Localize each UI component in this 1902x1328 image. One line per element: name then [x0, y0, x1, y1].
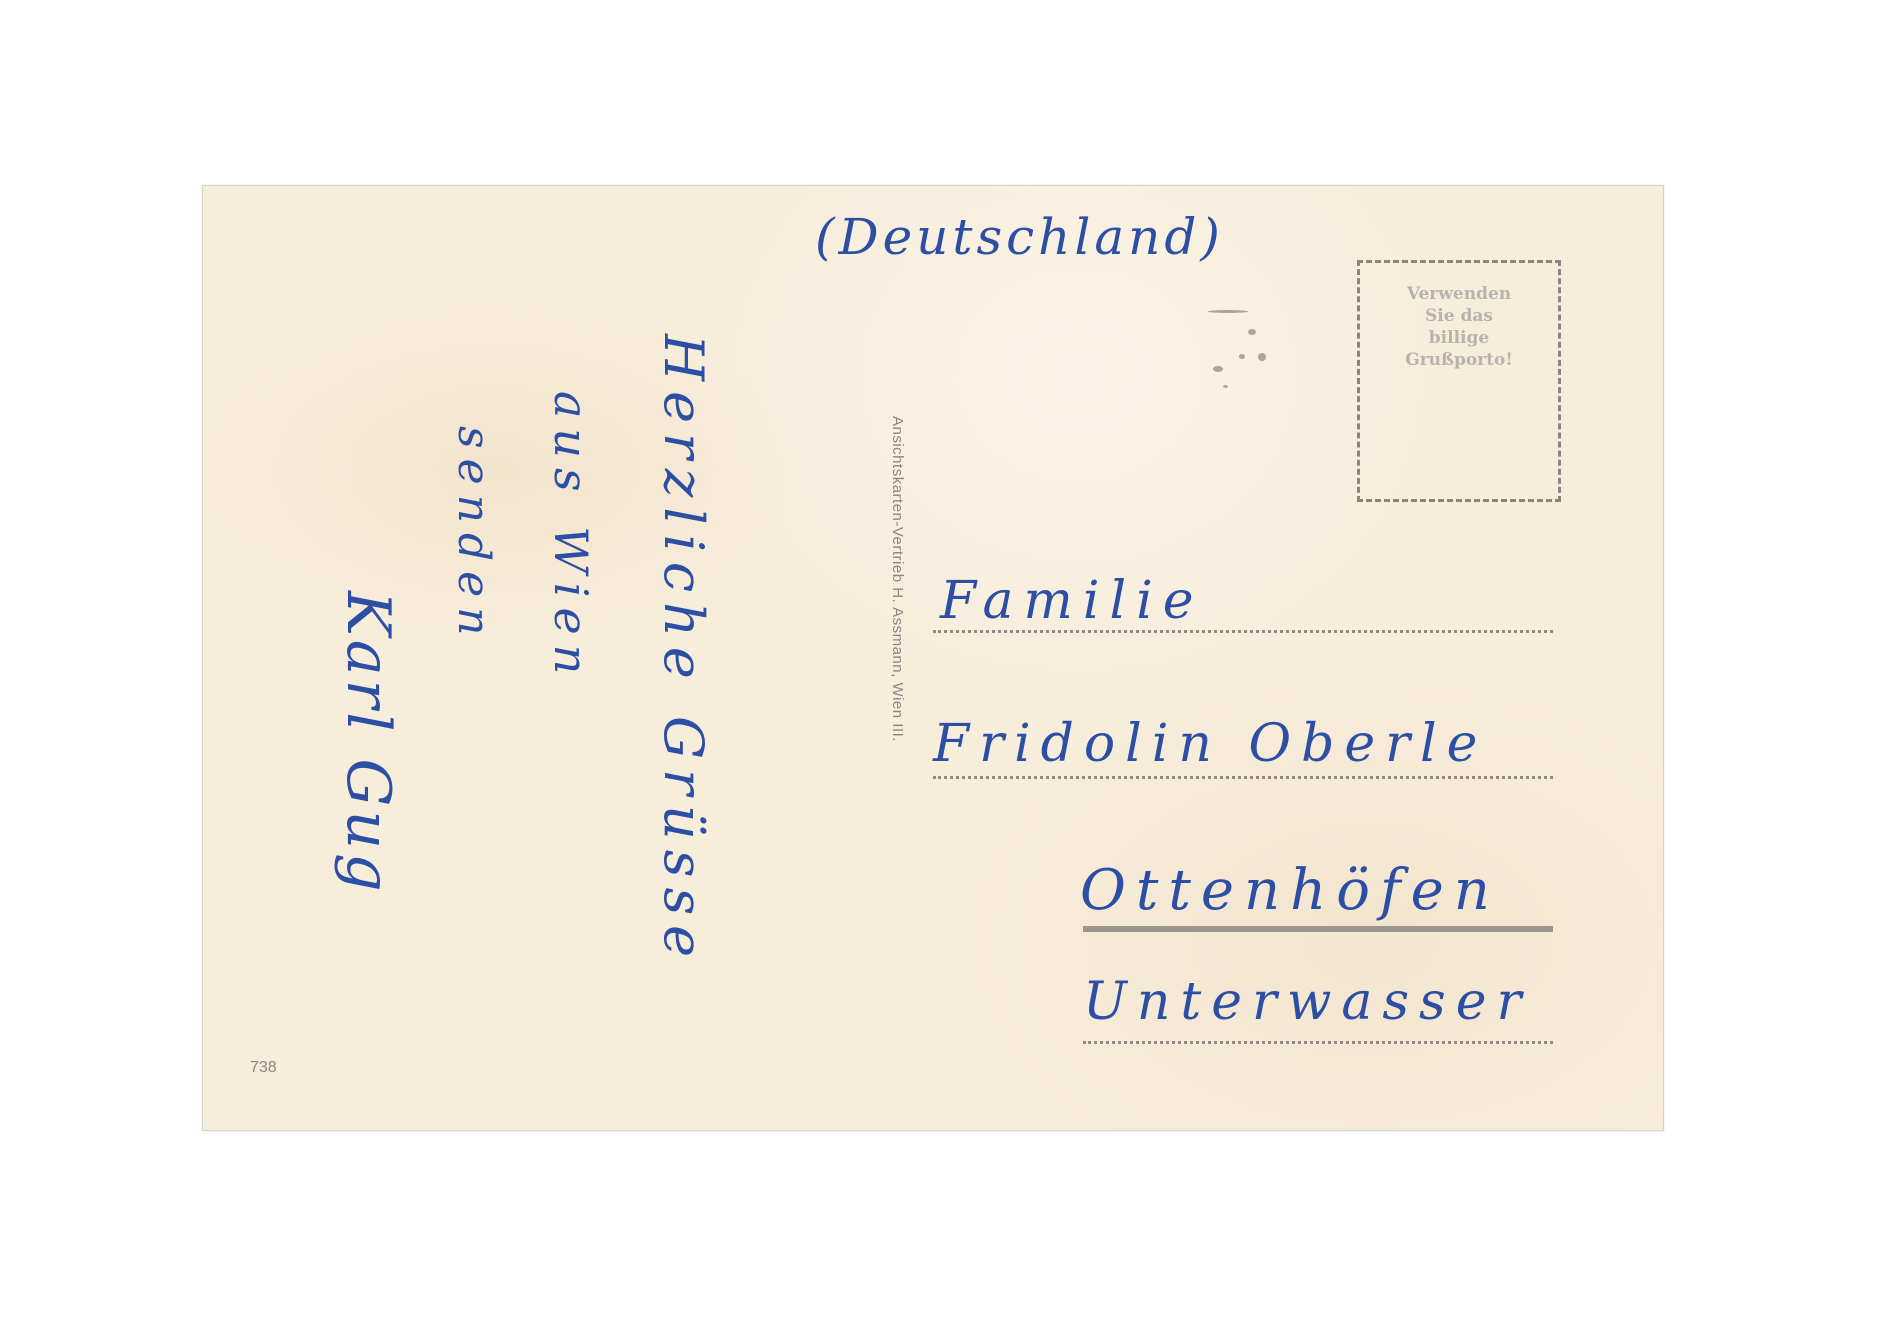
- address-line-2: Fridolin Oberle: [933, 714, 1487, 774]
- postcard-back: (Deutschland) Verwenden Sie das billige …: [203, 186, 1663, 1130]
- address-rule: [1083, 1041, 1553, 1044]
- stamp-line: Grußporto!: [1360, 349, 1558, 371]
- stamp-placeholder: Verwenden Sie das billige Grußporto!: [1357, 260, 1561, 502]
- card-number: 738: [250, 1059, 277, 1077]
- stamp-line: billige: [1360, 327, 1558, 349]
- country-note: (Deutschland): [815, 208, 1224, 266]
- message-line: Herzliche Grüsse: [652, 334, 715, 967]
- address-line-4: Unterwasser: [1083, 972, 1531, 1032]
- address-rule: [1083, 926, 1553, 932]
- address-rule: [933, 630, 1553, 633]
- stamp-line: Verwenden: [1360, 283, 1558, 305]
- signature: Karl Gug: [333, 591, 403, 896]
- stamp-line: Sie das: [1360, 305, 1558, 327]
- message-line: aus Wien: [544, 391, 598, 684]
- stamp-placeholder-text: Verwenden Sie das billige Grußporto!: [1360, 283, 1558, 371]
- address-line-1: Familie: [940, 571, 1204, 631]
- publisher-imprint: Ansichtskarten-Vertrieb H. Assmann, Wien…: [889, 416, 906, 742]
- address-line-3: Ottenhöfen: [1080, 858, 1500, 923]
- message-line: senden: [448, 426, 499, 646]
- address-rule: [933, 776, 1553, 779]
